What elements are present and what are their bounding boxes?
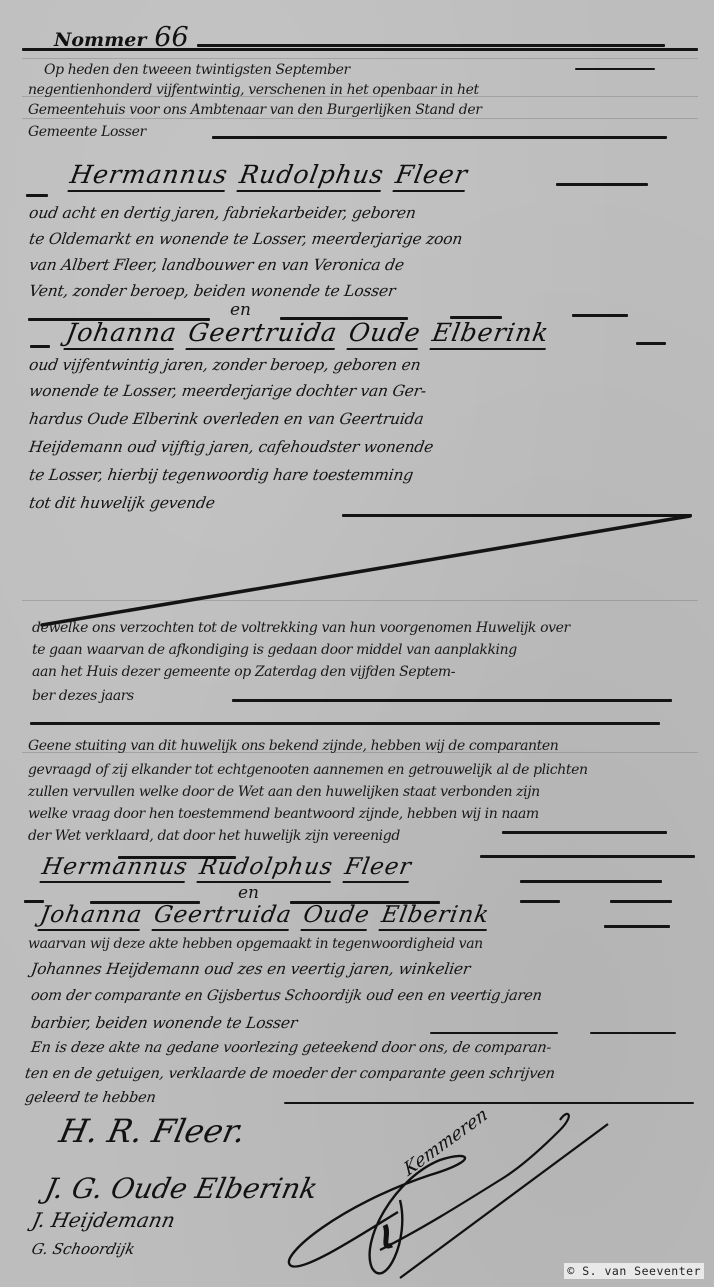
filler-rule xyxy=(590,1032,676,1034)
filler-rule xyxy=(232,699,672,702)
filler-rule xyxy=(430,1032,558,1034)
filler-rule xyxy=(520,880,662,883)
filler-rule xyxy=(284,1102,694,1104)
filler-rule xyxy=(572,314,628,317)
header-separator xyxy=(22,48,698,51)
faint-rule xyxy=(22,58,698,59)
bride-middle-name: Geertruida xyxy=(186,318,340,350)
signature-bride: J. G. Oude Elberink xyxy=(42,1172,321,1205)
witness-line-4: barbier, beiden wonende te Losser xyxy=(30,1014,697,1032)
filler-rule xyxy=(342,514,692,517)
bride-details-line-1: oud vijfentwintig jaren, zonder beroep, … xyxy=(28,356,697,374)
groom-first-name: Hermannus xyxy=(67,160,230,192)
united-connector-en: en xyxy=(238,883,259,903)
scanned-document-page: Nommer66 Op heden den tweeen twintigsten… xyxy=(0,0,714,1287)
bride-details-line-3: hardus Oude Elberink overleden en van Ge… xyxy=(28,410,697,428)
filler-rule xyxy=(556,183,648,186)
request-line-2: te gaan waarvan de afkondiging is gedaan… xyxy=(32,642,694,658)
filler-rule xyxy=(502,831,667,834)
groom-surname: Fleer xyxy=(393,160,471,192)
bride-surname-part-1: Oude xyxy=(346,318,423,350)
bride-name: JohannaGeertruidaOudeElberink xyxy=(64,318,699,347)
intro-line-3: Gemeentehuis voor ons Ambtenaar van den … xyxy=(28,102,694,118)
filler-rule xyxy=(575,68,655,70)
bride-details-line-4: Heijdemann oud vijftig jaren, cafehoudst… xyxy=(28,438,697,456)
united-bride-surname-part-2: Elberink xyxy=(379,902,492,931)
groom-details-line-4: Vent, zonder beroep, beiden wonende te L… xyxy=(28,282,697,300)
witness-line-3: oom der comparante en Gijsbertus Schoord… xyxy=(30,988,696,1004)
groom-details-line-1: oud acht en dertig jaren, fabriekarbeide… xyxy=(28,204,697,222)
ceremony-line-2: gevraagd of zij elkander tot echtgenoote… xyxy=(28,762,694,778)
filler-rule xyxy=(636,342,666,345)
witness-line-2: Johannes Heijdemann oud zes en veertig j… xyxy=(30,960,697,978)
united-bride-first-name: Johanna xyxy=(37,902,144,931)
united-bride-middle-name: Geertruida xyxy=(151,902,294,931)
groom-middle-name: Rudolphus xyxy=(237,160,387,192)
groom-details-line-2: te Oldemarkt en wonende te Losser, meerd… xyxy=(28,230,697,248)
witness-line-1: waarvan wij deze akte hebben opgemaakt i… xyxy=(28,936,694,952)
intro-line-2: negentienhonderd vijfentwintig, verschen… xyxy=(28,82,694,98)
united-groom-first-name: Hermannus xyxy=(39,854,190,883)
bride-surname-part-2: Elberink xyxy=(430,318,552,350)
united-groom-surname: Fleer xyxy=(342,854,414,883)
request-line-3: aan het Huis dezer gemeente op Zaterdag … xyxy=(32,664,694,680)
bride-first-name: Johanna xyxy=(63,318,179,350)
section-separator xyxy=(30,722,660,725)
united-bride-surname-part-1: Oude xyxy=(301,902,372,931)
dash-rule xyxy=(24,900,44,903)
groom-details-line-3: van Albert Fleer, landbouwer en van Vero… xyxy=(28,256,697,274)
faint-rule xyxy=(22,118,698,119)
united-groom-middle-name: Rudolphus xyxy=(197,854,335,883)
connector-en: en xyxy=(230,300,251,320)
dash-rule xyxy=(30,345,50,348)
copyright-watermark: © S. van Seeventer xyxy=(564,1263,704,1279)
united-groom-name: HermannusRudolphusFleer xyxy=(40,854,699,880)
faint-rule xyxy=(22,600,698,601)
signature-registrar: Kemmeren xyxy=(401,1103,490,1181)
ceremony-line-4: welke vraag door hen toestemmend beantwo… xyxy=(28,806,694,822)
request-line-1: dewelke ons verzochten tot de voltrekkin… xyxy=(32,620,694,636)
united-bride-name: JohannaGeertruidaOudeElberink xyxy=(38,902,699,928)
signature-groom: H. R. Fleer. xyxy=(56,1112,249,1150)
signature-witness-1: J. Heijdemann xyxy=(30,1208,177,1232)
dash-rule xyxy=(26,194,48,197)
ceremony-line-3: zullen vervullen welke door de Wet aan d… xyxy=(28,784,694,800)
filler-rule xyxy=(212,136,667,139)
signature-witness-2: G. Schoordijk xyxy=(30,1240,137,1258)
header-rule xyxy=(197,44,665,47)
ceremony-line-1: Geene stuiting van dit huwelijk ons beke… xyxy=(28,738,694,754)
bride-details-line-2: wonende te Losser, meerderjarige dochter… xyxy=(28,382,697,400)
closing-line-1: En is deze akte na gedane voorlezing get… xyxy=(30,1040,696,1056)
closing-line-2: ten en de getuigen, verklaarde de moeder… xyxy=(24,1066,696,1082)
bride-details-line-6: tot dit huwelijk gevende xyxy=(28,494,697,512)
filler-rule xyxy=(604,925,670,928)
bride-details-line-5: te Losser, hierbij tegenwoordig hare toe… xyxy=(28,466,697,484)
intro-line-1: Op heden den tweeen twintigsten Septembe… xyxy=(44,62,694,78)
